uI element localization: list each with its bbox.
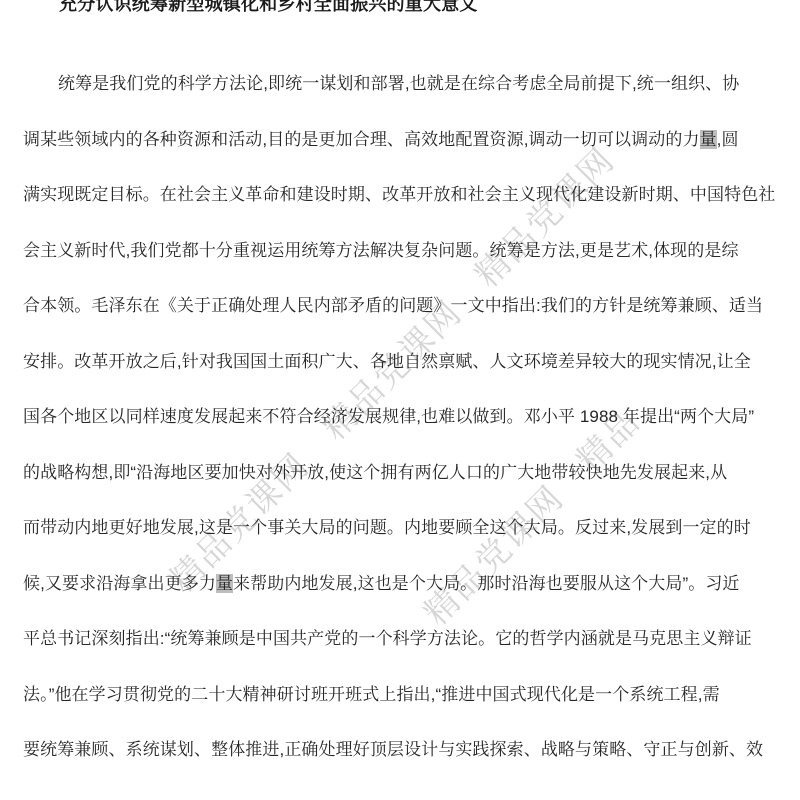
paragraph-line: 会主义新时代,我们党都十分重视运用统筹方法解决复杂问题。统筹是方法,更是艺术,体… <box>23 223 778 279</box>
paragraph-line: 满实现既定目标。在社会主义革命和建设时期、改革开放和社会主义现代化建设新时期、中… <box>23 167 778 223</box>
document-content: 充分认识统筹新型城镇化和乡村全面振兴的重大意义 统筹是我们党的科学方法论,即统一… <box>0 0 800 778</box>
paragraph-line: 的战略构想,即“沿海地区要加快对外开放,使这个拥有两亿人口的广大地带较快地先发展… <box>23 445 778 501</box>
paragraph-line: 合本领。毛泽东在《关于正确处理人民内部矛盾的问题》一文中指出:我们的方针是统筹兼… <box>23 278 778 334</box>
find-highlight: 量 <box>216 574 233 593</box>
document-page[interactable]: 精品党课网 精品党课网 精品党课网 精品党课网 精品 充分认识统筹新型城镇化和乡… <box>0 0 800 800</box>
document-title: 充分认识统筹新型城镇化和乡村全面振兴的重大意义 <box>23 0 778 15</box>
paragraph-line: 法。”他在学习贯彻党的二十大精神研讨班开班式上指出,“推进中国式现代化是一个系统… <box>23 667 778 723</box>
paragraph-line: 国各个地区以同样速度发展起来不符合经济发展规律,也难以做到。邓小平 1988 年… <box>23 389 778 445</box>
paragraph-line: 调某些领域内的各种资源和活动,目的是更加合理、高效地配置资源,调动一切可以调动的… <box>23 112 778 168</box>
paragraph-line: 要统筹兼顾、系统谋划、整体推进,正确处理好顶层设计与实践探索、战略与策略、守正与… <box>23 722 778 778</box>
paragraph-line: 安排。改革开放之后,针对我国国土面积广大、各地自然禀赋、人文环境差异较大的现实情… <box>23 334 778 390</box>
paragraph: 统筹是我们党的科学方法论,即统一谋划和部署,也就是在综合考虑全局前提下,统一组织… <box>23 56 778 778</box>
paragraph-line: 而带动内地更好地发展,这是一个事关大局的问题。内地要顾全这个大局。反过来,发展到… <box>23 500 778 556</box>
paragraph-line: 平总书记深刻指出:“统筹兼顾是中国共产党的一个科学方法论。它的哲学内涵就是马克思… <box>23 611 778 667</box>
paragraph-line: 候,又要求沿海拿出更多力量来帮助内地发展,这也是个大局。那时沿海也要服从这个大局… <box>23 556 778 612</box>
find-highlight: 量 <box>700 130 717 149</box>
paragraph-line: 统筹是我们党的科学方法论,即统一谋划和部署,也就是在综合考虑全局前提下,统一组织… <box>23 56 778 112</box>
